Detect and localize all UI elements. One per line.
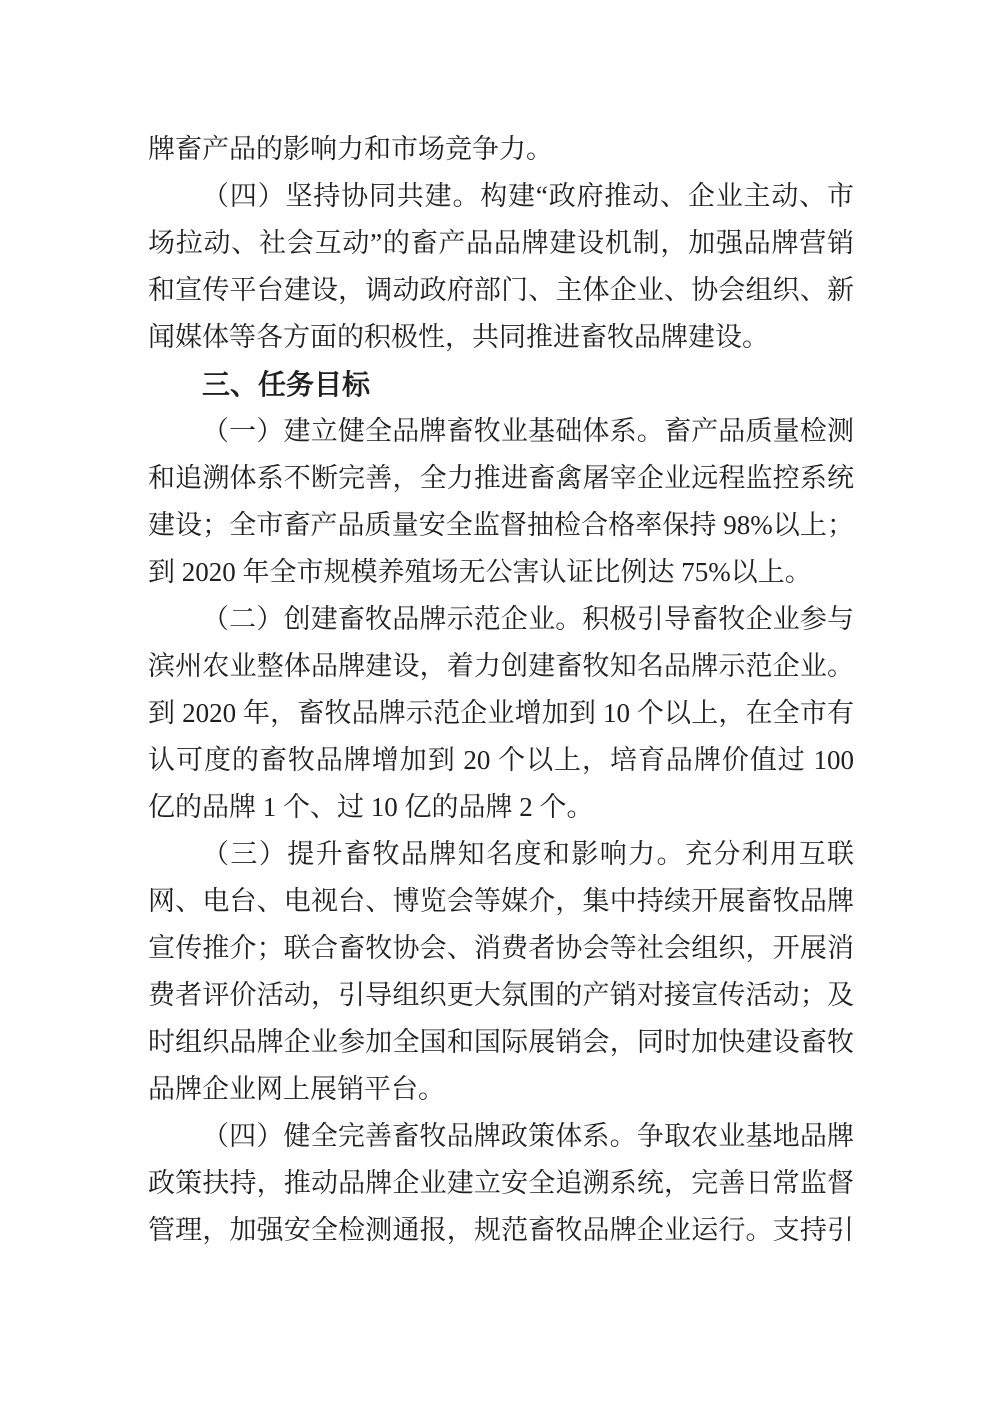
- body-line: 到 2020 年全市规模养殖场无公害认证比例达 75%以上。: [148, 549, 854, 596]
- body-line: 闻媒体等各方面的积极性，共同推进畜牧品牌建设。: [148, 314, 854, 361]
- body-line: （二）创建畜牧品牌示范企业。积极引导畜牧企业参与: [148, 596, 854, 643]
- body-line: 认可度的畜牧品牌增加到 20 个以上，培育品牌价值过 100: [148, 737, 854, 784]
- body-line: 政策扶持，推动品牌企业建立安全追溯系统，完善日常监督: [148, 1160, 854, 1207]
- body-line: 管理，加强安全检测通报，规范畜牧品牌企业运行。支持引: [148, 1207, 854, 1254]
- body-line: （一）建立健全品牌畜牧业基础体系。畜产品质量检测: [148, 408, 854, 455]
- document-text-block: 牌畜产品的影响力和市场竞争力。 （四）坚持协同共建。构建“政府推动、企业主动、市…: [148, 126, 854, 1254]
- body-line: 牌畜产品的影响力和市场竞争力。: [148, 126, 854, 173]
- document-page: 牌畜产品的影响力和市场竞争力。 （四）坚持协同共建。构建“政府推动、企业主动、市…: [0, 0, 1000, 1414]
- body-line: 到 2020 年，畜牧品牌示范企业增加到 10 个以上，在全市有: [148, 690, 854, 737]
- body-line: 时组织品牌企业参加全国和国际展销会，同时加快建设畜牧: [148, 1019, 854, 1066]
- body-line: 建设；全市畜产品质量安全监督抽检合格率保持 98%以上；: [148, 502, 854, 549]
- body-line: 网、电台、电视台、博览会等媒介，集中持续开展畜牧品牌: [148, 878, 854, 925]
- body-line: 和宣传平台建设，调动政府部门、主体企业、协会组织、新: [148, 267, 854, 314]
- body-line: （三）提升畜牧品牌知名度和影响力。充分利用互联: [148, 831, 854, 878]
- body-line: 亿的品牌 1 个、过 10 亿的品牌 2 个。: [148, 784, 854, 831]
- body-line: 场拉动、社会互动”的畜产品品牌建设机制，加强品牌营销: [148, 220, 854, 267]
- body-line: 和追溯体系不断完善，全力推进畜禽屠宰企业远程监控系统: [148, 455, 854, 502]
- body-line: 滨州农业整体品牌建设，着力创建畜牧知名品牌示范企业。: [148, 643, 854, 690]
- body-line: （四）健全完善畜牧品牌政策体系。争取农业基地品牌: [148, 1113, 854, 1160]
- body-line: 宣传推介；联合畜牧协会、消费者协会等社会组织，开展消: [148, 925, 854, 972]
- body-line: 费者评价活动，引导组织更大氛围的产销对接宣传活动；及: [148, 972, 854, 1019]
- body-line: 品牌企业网上展销平台。: [148, 1066, 854, 1113]
- body-line: （四）坚持协同共建。构建“政府推动、企业主动、市: [148, 173, 854, 220]
- section-heading: 三、任务目标: [148, 361, 854, 408]
